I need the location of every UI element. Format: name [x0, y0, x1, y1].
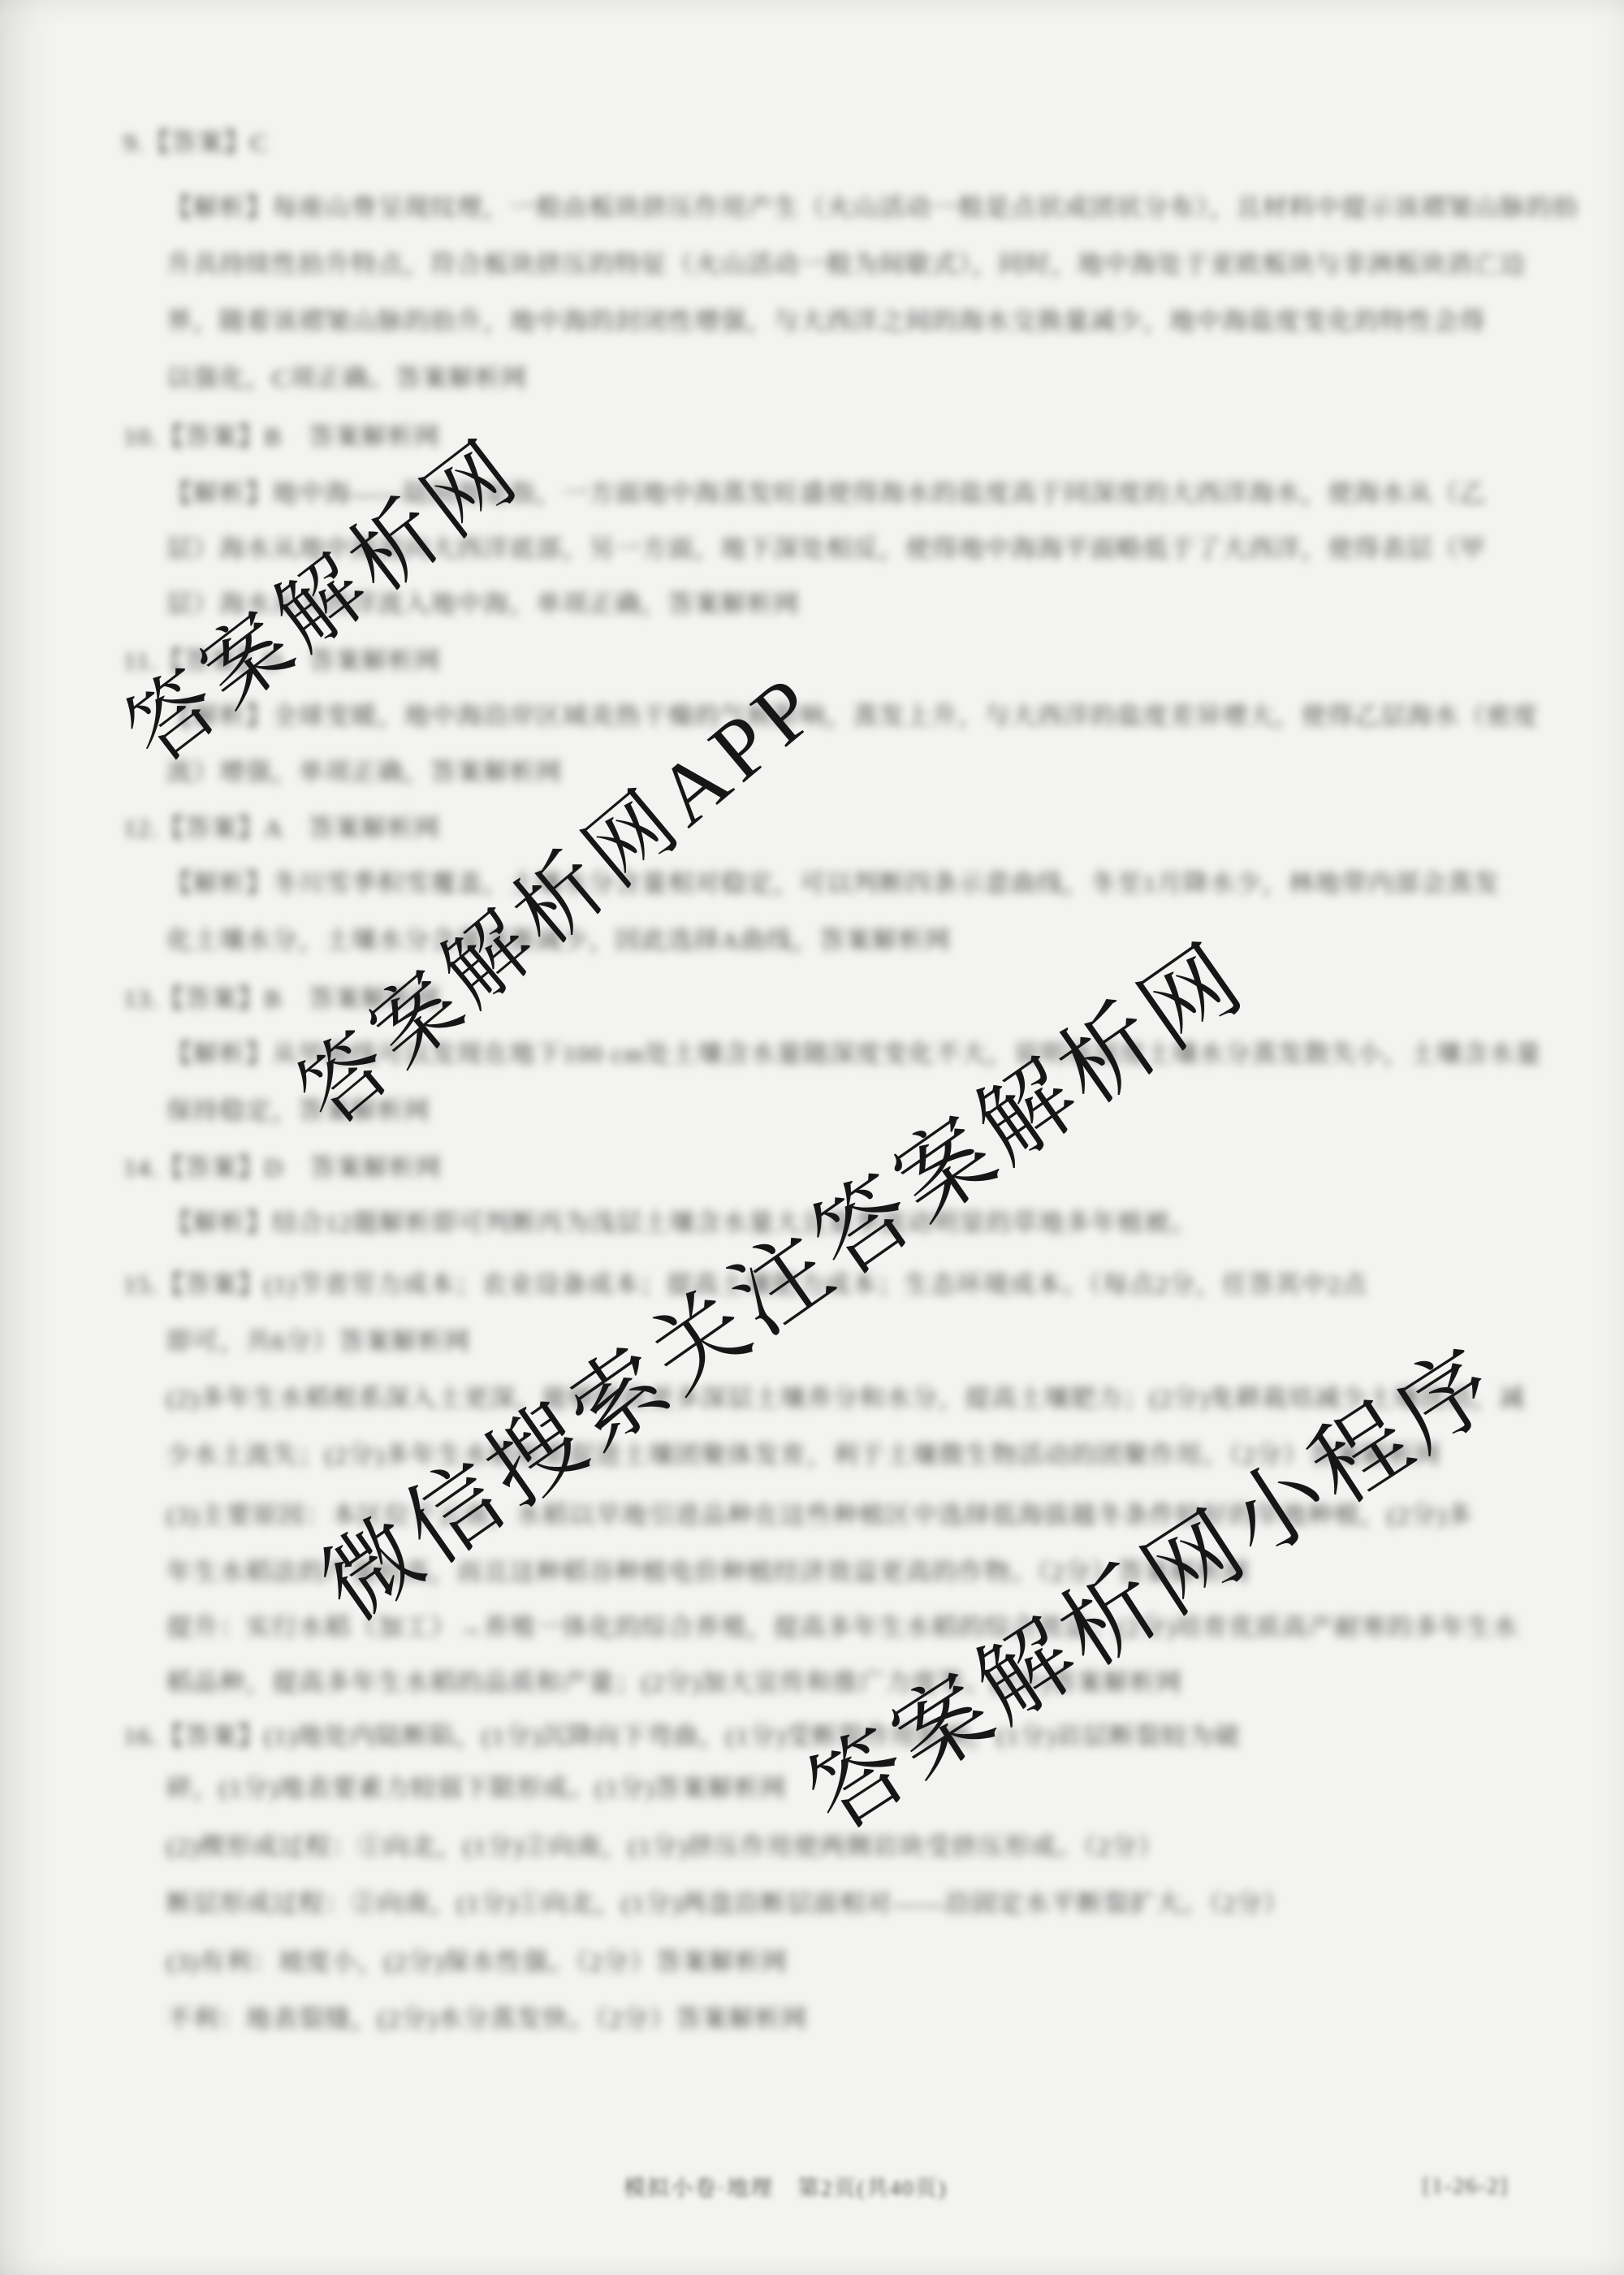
text-line: 不利：地表裂缝，(2分)水分蒸发快。（2分）答案解析网 — [166, 1998, 808, 2035]
text-line: 【解析】全球变暖，地中海沿岸区域炎热干燥的气候影响，蒸发上升，与大西洋的盐度差异… — [166, 695, 1539, 732]
text-line: 碎，(1分)地表要素力较弱下限形成。(1分)答案解析网 — [166, 1767, 787, 1804]
text-line: 【解析】每座山脊呈现纹理，一般由板块挤压作用产生（火山活动一般是点状或团状分布）… — [166, 187, 1579, 223]
text-line: 流）增强，单项正确，答案解析网 — [166, 751, 563, 788]
text-line: 【解析】冬川雪季积雪覆盖，土壤水分含量相对稳定，可以判断四条示意曲线，冬至1月降… — [166, 863, 1500, 899]
footer-code: [1-26-2] — [1423, 2173, 1509, 2199]
answer-9-label: 9.【答案】C — [123, 122, 268, 158]
text-line: 界，随着该褶皱山脉的抬升，地中海的封闭性增强，与大西洋之间的海水交换量减少，地中… — [166, 301, 1486, 337]
text-line: (3)有利：坡度小，(2分)保水性强。（2分）答案解析网 — [166, 1941, 788, 1978]
answer-16-label: 16.【答案】(1)地处内陆断陷，(1分)沉降向下弯曲，(1分)受断裂作用影响，… — [123, 1715, 1241, 1752]
text-line: 以强化，C项正确。答案解析网 — [166, 357, 528, 394]
answer-14-label: 14.【答案】D 答案解析网 — [123, 1147, 442, 1183]
scanned-answer-page: 9.【答案】C 【解析】每座山脊呈现纹理，一般由板块挤压作用产生（火山活动一般是… — [0, 0, 1624, 2275]
text-line: 【解析】结合12题解析即可判断丙为浅层土壤含水量大且夏季波动明显的草地多年植被。 — [166, 1202, 1197, 1239]
text-line: 断层形成过程：②向南，(1分)①向北，(1分)两盘沿断层面相对——沿固定水平断裂… — [166, 1883, 1289, 1919]
text-line: (2)楔形成过程：①向北，(1分)②向南，(1分)挤压作用使两侧岩块受挤压形成。… — [166, 1826, 1164, 1862]
footer-page-title: 模拟小卷·地理 第2页(共40页) — [624, 2170, 947, 2202]
answer-12-label: 12.【答案】A 答案解析网 — [123, 807, 440, 844]
text-line: 升具持续性抬升特点，符合板块挤压的特征（火山活动一般为间歇式），同时，地中海处于… — [166, 244, 1527, 280]
answer-10-label: 10.【答案】B 答案解析网 — [123, 416, 440, 452]
text-line: 即可，共6分）答案解析网 — [166, 1321, 471, 1357]
